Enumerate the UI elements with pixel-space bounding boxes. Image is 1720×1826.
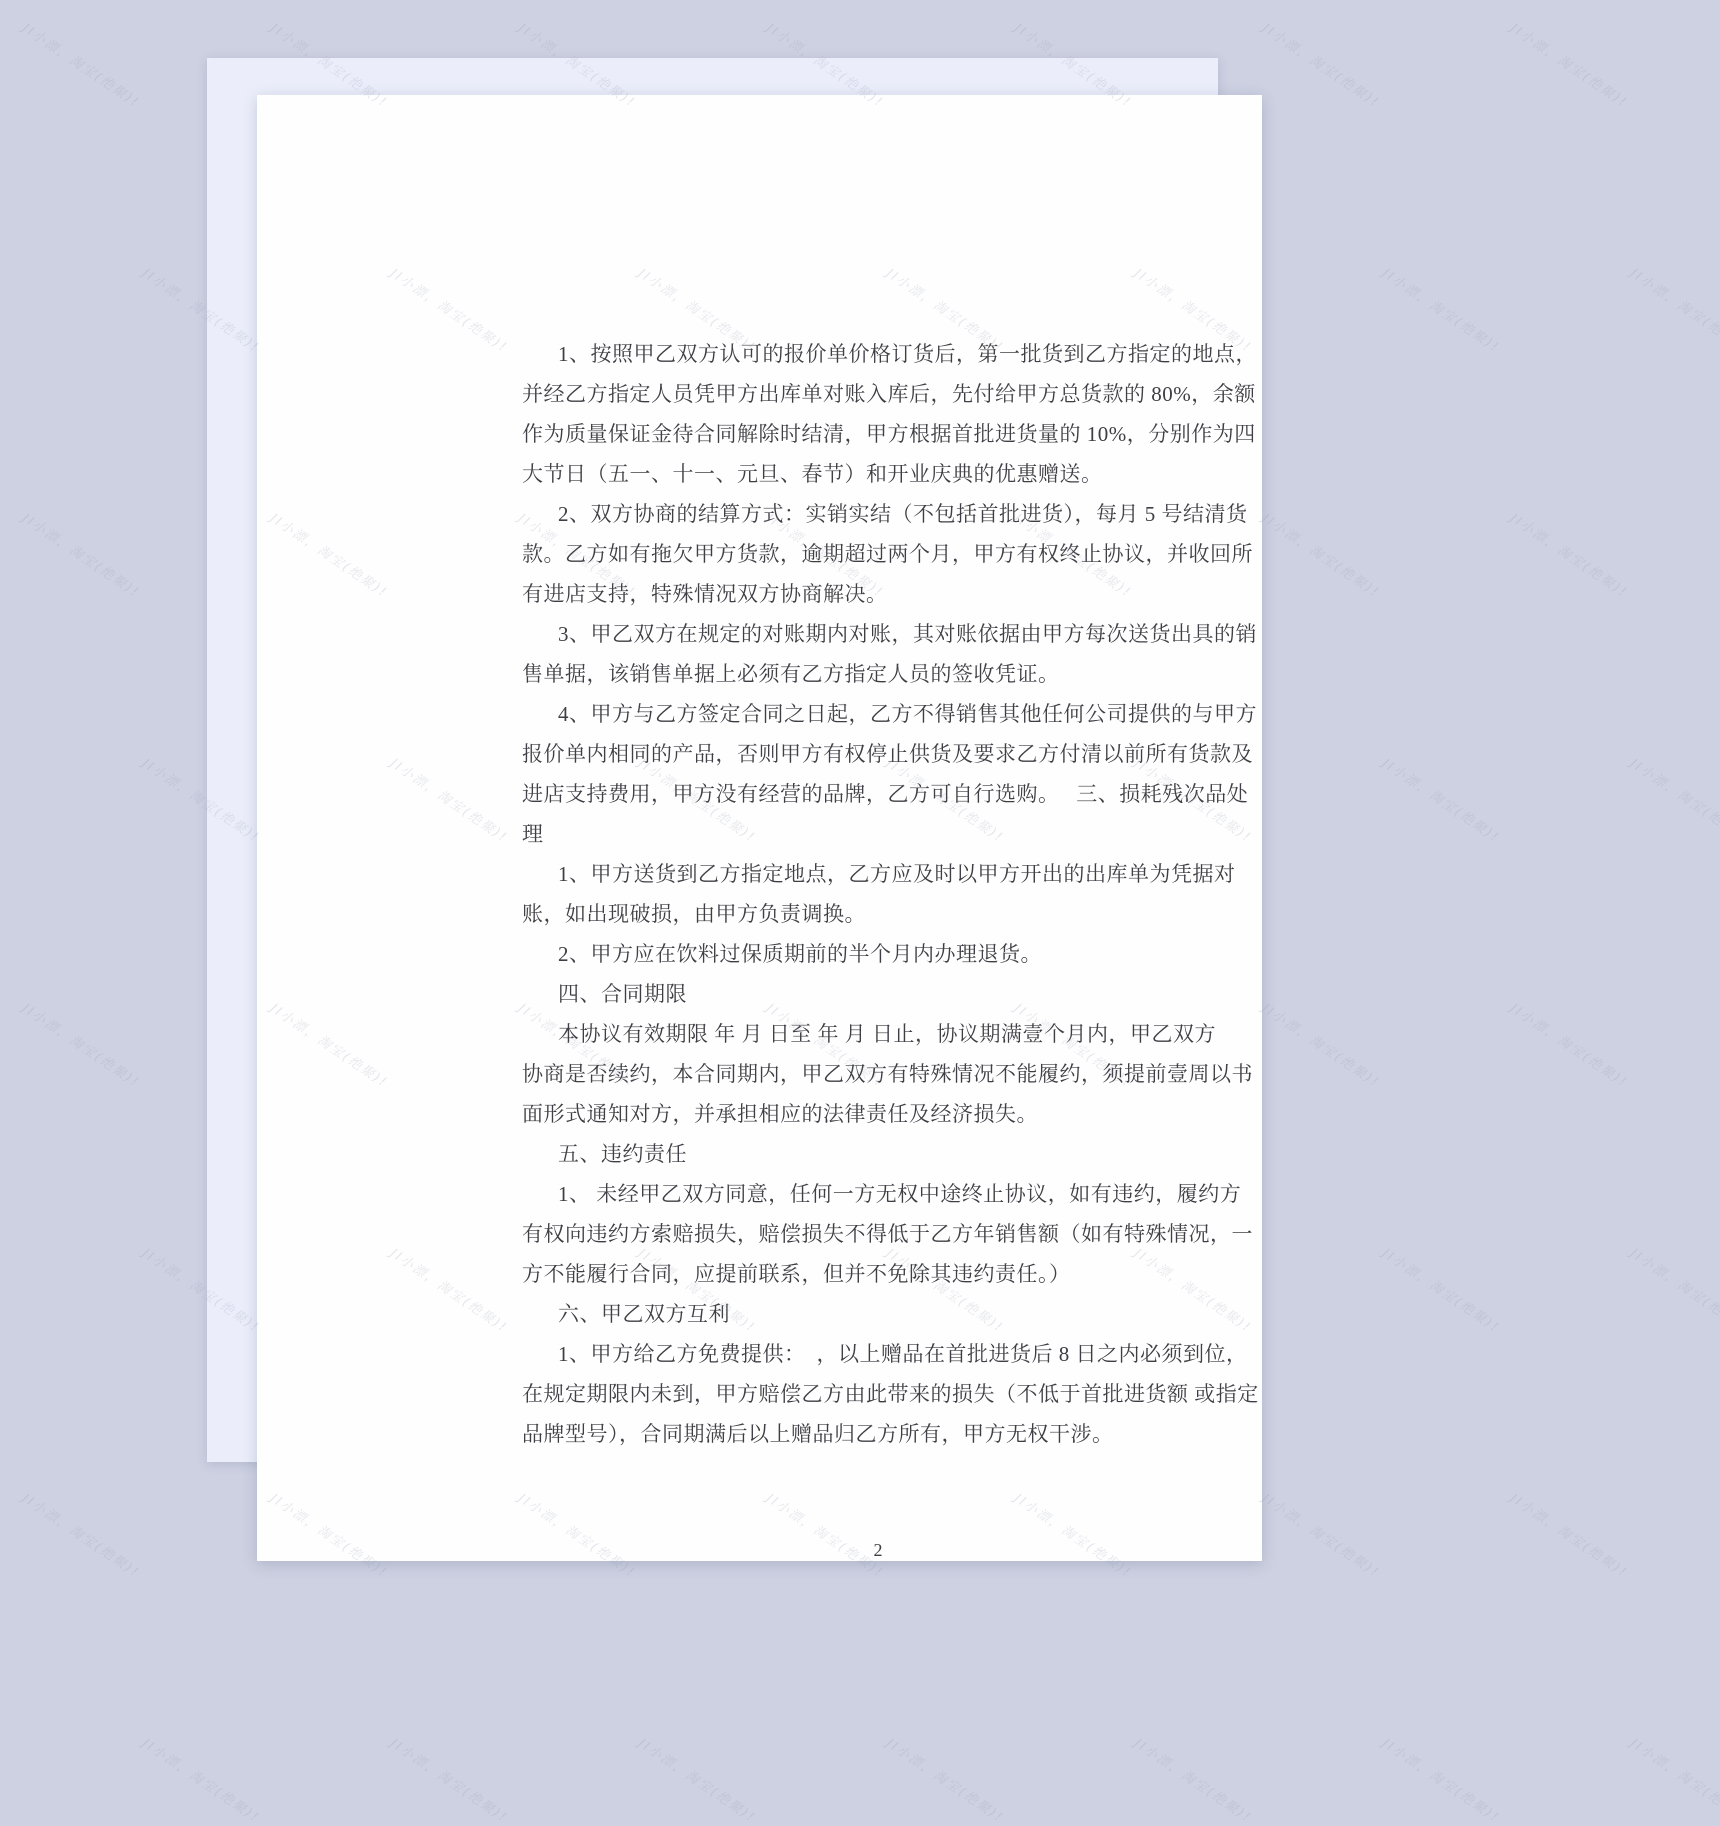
text-line: 在规定期限内未到，甲方赔偿乙方由此带来的损失（不低于首批进货额 或指定	[522, 1374, 1234, 1414]
text-line: 1、按照甲乙双方认可的报价单价格订货后，第一批货到乙方指定的地点，	[522, 334, 1234, 374]
text-line: 1、 未经甲乙双方同意，任何一方无权中途终止协议，如有违约，履约方	[522, 1174, 1234, 1214]
watermark-text: JI小漂，淘宝(绝聚)!	[1627, 753, 1720, 846]
watermark-text: JI小漂，淘宝(绝聚)!	[387, 1733, 512, 1826]
text-line: 1、甲方给乙方免费提供： ，以上赠品在首批进货后 8 日之内必须到位，	[522, 1334, 1234, 1374]
text-line: 有进店支持，特殊情况双方协商解决。	[522, 574, 1234, 614]
watermark-text: JI小漂，淘宝(绝聚)!	[1379, 1733, 1504, 1826]
text-line: 进店支持费用，甲方没有经营的品牌，乙方可自行选购。 三、损耗残次品处	[522, 774, 1234, 814]
watermark-text: JI小漂，淘宝(绝聚)!	[1627, 263, 1720, 356]
watermark-text: JI小漂，淘宝(绝聚)!	[1379, 753, 1504, 846]
text-line: 协商是否续约，本合同期内，甲乙双方有特殊情况不能履约，须提前壹周以书	[522, 1054, 1234, 1094]
text-line: 款。乙方如有拖欠甲方货款，逾期超过两个月，甲方有权终止协议，并收回所	[522, 534, 1234, 574]
text-line: 账，如出现破损，由甲方负责调换。	[522, 894, 1234, 934]
watermark-text: JI小漂，淘宝(绝聚)!	[1259, 998, 1384, 1091]
text-line: 3、甲乙双方在规定的对账期内对账，其对账依据由甲方每次送货出具的销	[522, 614, 1234, 654]
text-line: 品牌型号），合同期满后以上赠品归乙方所有，甲方无权干涉。	[522, 1414, 1234, 1454]
watermark-text: JI小漂，淘宝(绝聚)!	[19, 508, 144, 601]
text-line: 五、违约责任	[522, 1134, 1234, 1174]
desktop-background: 1、按照甲乙双方认可的报价单价格订货后，第一批货到乙方指定的地点，并经乙方指定人…	[0, 0, 1720, 1826]
watermark-text: JI小漂，淘宝(绝聚)!	[19, 1488, 144, 1581]
watermark-text: JI小漂，淘宝(绝聚)!	[1259, 1488, 1384, 1581]
text-line: 面形式通知对方，并承担相应的法律责任及经济损失。	[522, 1094, 1234, 1134]
watermark-text: JI小漂，淘宝(绝聚)!	[1627, 1243, 1720, 1336]
text-line: 售单据，该销售单据上必须有乙方指定人员的签收凭证。	[522, 654, 1234, 694]
text-line: 大节日（五一、十一、元旦、春节）和开业庆典的优惠赠送。	[522, 454, 1234, 494]
watermark-text: JI小漂，淘宝(绝聚)!	[19, 998, 144, 1091]
document-page: 1、按照甲乙双方认可的报价单价格订货后，第一批货到乙方指定的地点，并经乙方指定人…	[257, 95, 1262, 1561]
text-line: 作为质量保证金待合同解除时结清，甲方根据首批进货量的 10%，分别作为四	[522, 414, 1234, 454]
watermark-text: JI小漂，淘宝(绝聚)!	[1379, 1243, 1504, 1336]
watermark-text: JI小漂，淘宝(绝聚)!	[635, 1733, 760, 1826]
text-line: 报价单内相同的产品，否则甲方有权停止供货及要求乙方付清以前所有货款及	[522, 734, 1234, 774]
text-line: 1、甲方送货到乙方指定地点，乙方应及时以甲方开出的出库单为凭据对	[522, 854, 1234, 894]
watermark-text: JI小漂，淘宝(绝聚)!	[1259, 18, 1384, 111]
watermark-text: JI小漂，淘宝(绝聚)!	[1259, 508, 1384, 601]
watermark-text: JI小漂，淘宝(绝聚)!	[139, 1733, 264, 1826]
text-line: 并经乙方指定人员凭甲方出库单对账入库后，先付给甲方总货款的 80%，余额	[522, 374, 1234, 414]
document-body: 1、按照甲乙双方认可的报价单价格订货后，第一批货到乙方指定的地点，并经乙方指定人…	[522, 334, 1234, 1454]
watermark-text: JI小漂，淘宝(绝聚)!	[1507, 998, 1632, 1091]
text-line: 4、甲方与乙方签定合同之日起，乙方不得销售其他任何公司提供的与甲方	[522, 694, 1234, 734]
watermark-text: JI小漂，淘宝(绝聚)!	[1507, 1488, 1632, 1581]
page-number: 2	[522, 1540, 1234, 1561]
text-line: 2、甲方应在饮料过保质期前的半个月内办理退货。	[522, 934, 1234, 974]
text-line: 方不能履行合同，应提前联系，但并不免除其违约责任。）	[522, 1254, 1234, 1294]
text-line: 六、甲乙双方互利	[522, 1294, 1234, 1334]
watermark-text: JI小漂，淘宝(绝聚)!	[1507, 18, 1632, 111]
text-line: 理	[522, 814, 1234, 854]
watermark-text: JI小漂，淘宝(绝聚)!	[19, 18, 144, 111]
text-line: 四、合同期限	[522, 974, 1234, 1014]
watermark-text: JI小漂，淘宝(绝聚)!	[1507, 508, 1632, 601]
text-line: 本协议有效期限 年 月 日至 年 月 日止，协议期满壹个月内，甲乙双方	[522, 1014, 1234, 1054]
text-line: 有权向违约方索赔损失，赔偿损失不得低于乙方年销售额（如有特殊情况，一	[522, 1214, 1234, 1254]
text-line: 2、双方协商的结算方式：实销实结（不包括首批进货），每月 5 号结清货	[522, 494, 1234, 534]
watermark-text: JI小漂，淘宝(绝聚)!	[883, 1733, 1008, 1826]
watermark-text: JI小漂，淘宝(绝聚)!	[1627, 1733, 1720, 1826]
watermark-text: JI小漂，淘宝(绝聚)!	[1131, 1733, 1256, 1826]
watermark-text: JI小漂，淘宝(绝聚)!	[1379, 263, 1504, 356]
